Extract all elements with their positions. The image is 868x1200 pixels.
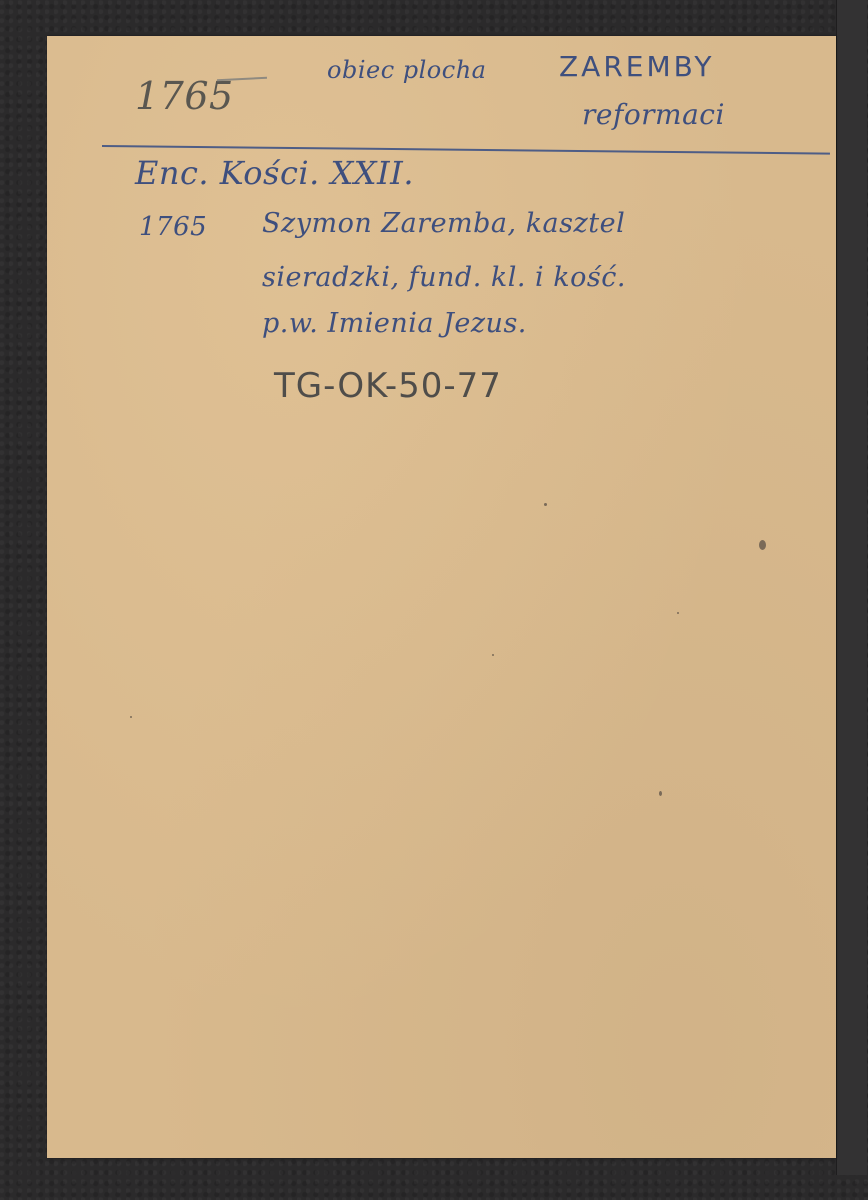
archive-index-card: 1765 obiec plocha ZAREMBY reformaci Enc.… — [47, 36, 836, 1158]
entry-text-line: sieradzki, fund. kl. i kość. — [262, 262, 626, 293]
board-edge-strip — [836, 0, 867, 1175]
entry-year: 1765 — [139, 212, 207, 242]
paper-speck — [492, 654, 494, 656]
entry-text-line: p.w. Imienia Jezus. — [262, 308, 527, 339]
entry-text-line: Szymon Zaremba, kasztel — [262, 208, 625, 239]
paper-speck — [130, 716, 132, 718]
paper-speck — [759, 540, 766, 550]
archive-signature-code: TG-OK-50-77 — [274, 366, 502, 406]
source-reference: Enc. Kości. XXII. — [135, 154, 414, 192]
header-subtitle: reformaci — [582, 98, 725, 131]
paper-speck — [544, 503, 547, 506]
paper-speck — [659, 791, 662, 796]
paper-speck — [677, 612, 679, 614]
header-place-note: obiec plocha — [327, 56, 486, 84]
header-name: ZAREMBY — [559, 50, 714, 83]
